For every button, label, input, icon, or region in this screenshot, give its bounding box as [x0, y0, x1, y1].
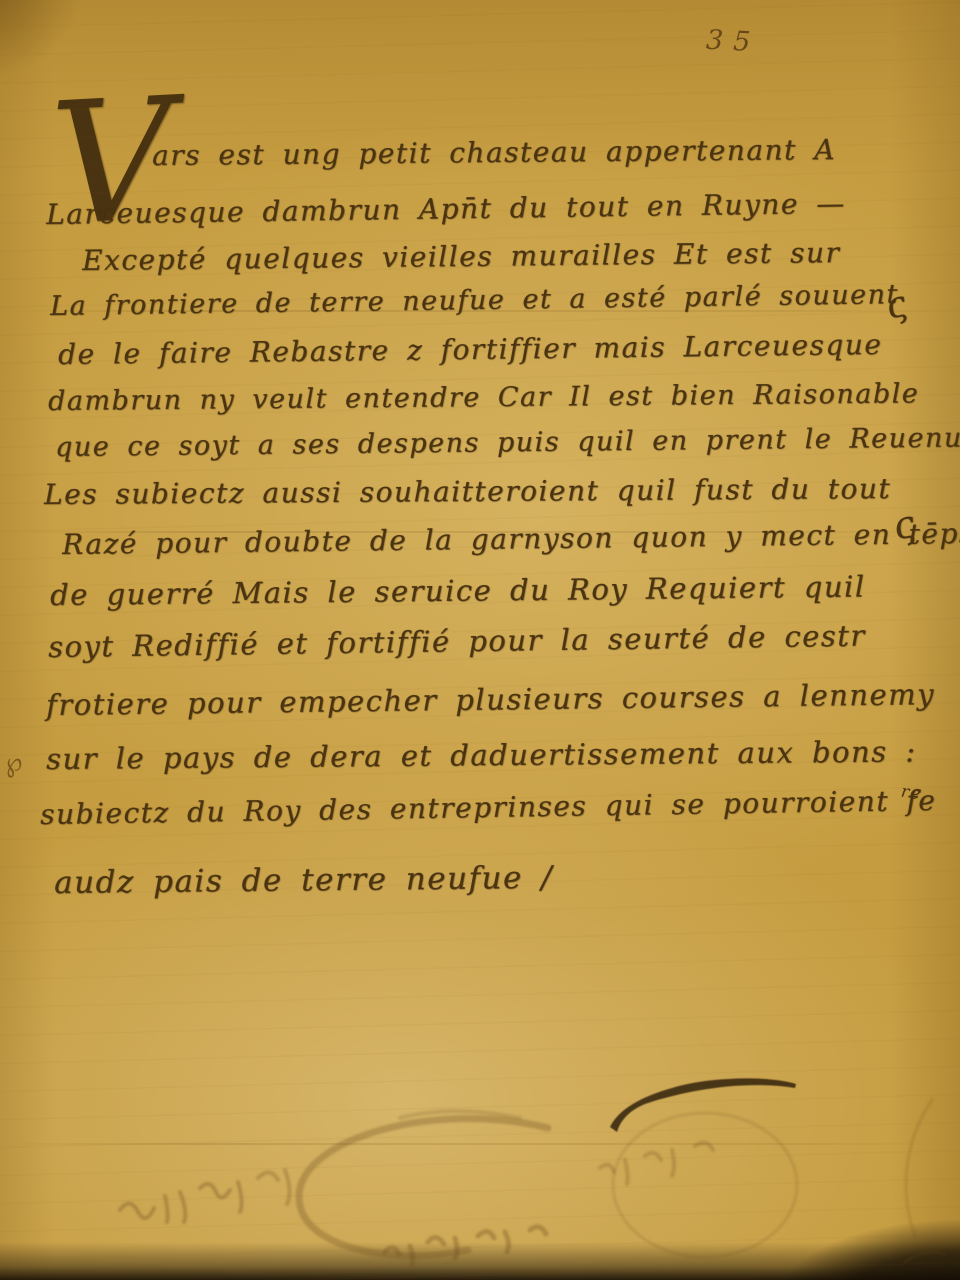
manuscript-line: frotiere pour empecher plusieurs courses…: [46, 680, 935, 720]
show-through-marks: [0, 1040, 960, 1280]
manuscript-photo: 35 V ars est ung petit chasteau apperten…: [0, 0, 960, 1280]
manuscript-line: Razé pour doubte de la garnyson quon y m…: [62, 520, 960, 559]
manuscript-line: Excepté quelques vieilles murailles Et e…: [82, 239, 841, 275]
manuscript-line: Larceuesque dambrun Apn̄t du tout en Ruy…: [46, 190, 846, 229]
manuscript-line: soyt Rediffié et fortiffié pour la seurt…: [48, 622, 866, 662]
superscript-abbreviation: re: [900, 782, 923, 805]
manuscript-line: de guerré Mais le seruice du Roy Requier…: [50, 572, 866, 610]
manuscript-line: de le faire Rebastre z fortiffier mais L…: [58, 331, 883, 369]
manuscript-line: Les subiectz aussi souhaitteroient quil …: [44, 475, 891, 509]
ink-flourish: [0, 1040, 960, 1280]
manuscript-line: sur le pays de dera et daduertissement a…: [46, 737, 917, 774]
manuscript-line: que ce soyt a ses despens puis quil en p…: [55, 424, 960, 461]
terminal-swash: ς: [881, 286, 911, 326]
manuscript-line: ars est ung petit chasteau appertenant A: [152, 136, 836, 170]
paper-crease: [0, 1143, 960, 1145]
manuscript-line: La frontiere de terre neufue et a esté p…: [50, 281, 899, 320]
manuscript-line: dambrun ny veult entendre Car Il est bie…: [48, 380, 919, 415]
manuscript-line: subiectz du Roy des entreprinses qui se …: [40, 787, 937, 829]
manuscript-line: audz pais de terre neufue /: [54, 863, 553, 899]
page-number: 35: [705, 25, 761, 59]
margin-mark: ℘: [1, 746, 25, 779]
